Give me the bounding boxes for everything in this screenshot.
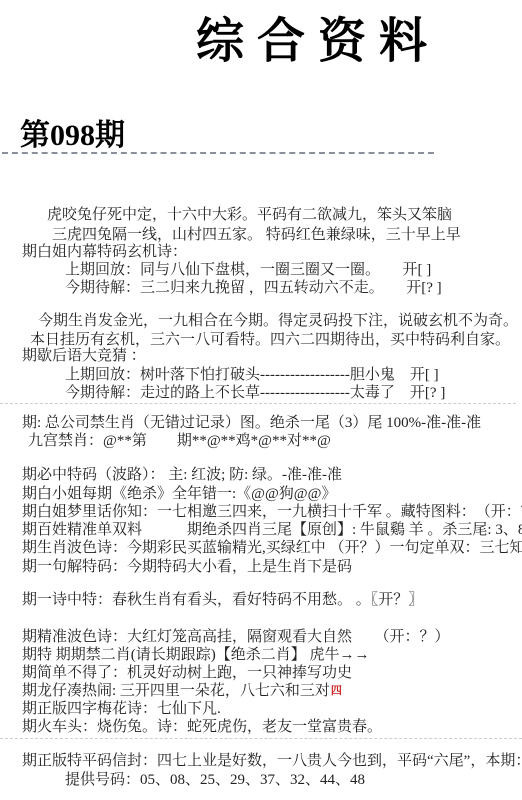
doc-line: 上期回放：树叶落下怕打破头------------------胆小鬼 开[ ]	[65, 366, 439, 385]
doc-line-text: 提供号码：05、08、25、29、37、32、44、48	[65, 772, 365, 788]
doc-line-text: 期一句解特码：今期特码大小看，上是生肖下是码	[22, 559, 352, 575]
doc-line: 期正版特平码信封：四七上业是好数，一八贵人今也到，平码“六尾”，本期：三。	[22, 752, 522, 771]
doc-line-text: 今期待解：走过的路上不长草------------------太毒了 开[? ]	[65, 385, 445, 401]
doc-line-text: 期简单不得了：机灵好动树上跑，一只神捧写功史	[22, 665, 352, 681]
doc-line: 今期待解：走过的路上不长草------------------太毒了 开[? ]	[65, 384, 445, 403]
doc-line: 期一句解特码：今期特码大小看，上是生肖下是码	[22, 558, 352, 577]
doc-line-text: 期火车头：烧伤兔。诗：蛇死虎伤，老友一堂富贵春。	[22, 719, 382, 735]
doc-line: 期特 期期禁二肖(请长期跟踪)【绝杀二肖】 虎牛→→	[22, 646, 370, 665]
doc-line-text: 期白小姐每期《绝杀》全年错一:《@@狗@@》	[22, 486, 336, 502]
doc-line: 期白小姐每期《绝杀》全年错一:《@@狗@@》	[22, 485, 336, 504]
red-annotation-mark: 四	[331, 685, 342, 697]
separator-top	[2, 152, 434, 154]
doc-line: 期龙仔凑热闹: 三开四里一朵花，八七六和三对四	[22, 682, 342, 701]
doc-line-text: 今期待解：三二归来九挽留 ，四五转动六不走。 开[? ]	[65, 280, 442, 296]
doc-line: 期生肖波色诗：今期彩民买蓝输精光,买绿红中 （开？）一句定单双：三七知春归《 开…	[22, 539, 522, 558]
doc-line-text: 期: 总公司禁生肖（无错过记录）图。绝杀一尾（3）尾 100%-准-准-准	[22, 415, 481, 431]
doc-line: 期白姐梦里话你知：一七相邀三四来，一九横扫十千军 。藏特图料： （开：？）	[22, 503, 522, 522]
doc-line-text: 期龙仔凑热闹: 三开四里一朵花，八七六和三对	[22, 683, 330, 699]
separator-middle	[0, 403, 516, 404]
doc-line-text: 期一诗中特：春秋生肖有看头，看好特码不用愁。 。〖开？〗	[22, 592, 423, 608]
doc-line-text: 期精准波色诗：大红灯笼高高挂，隔窗观看大自然 （开：？）	[22, 629, 450, 645]
issue-number: 第098期	[20, 110, 125, 154]
doc-line-text: 上期回放：同与八仙下盘棋，一圈三圈又一圈。 开[ ]	[65, 262, 431, 278]
doc-line: 九宫禁肖：@**第 期**@**鸡*@**对**@	[28, 432, 331, 451]
doc-line-text: 期正版四字梅花诗：七仙下凡.	[22, 701, 221, 717]
doc-line: 虎咬兔仔死中定，十六中大彩。平码有二欲减九，笨头又笨脑	[47, 206, 452, 225]
doc-line: 今期待解：三二归来九挽留 ，四五转动六不走。 开[? ]	[65, 279, 442, 298]
doc-line-text: 期正版特平码信封：四七上业是好数，一八贵人今也到，平码“六尾”，本期：三。	[22, 753, 522, 769]
doc-line-text: 三虎四兔隔一线，山村四五家。 特码红色兼绿味，三十早上早	[52, 227, 461, 243]
separator-bottom	[0, 738, 522, 739]
doc-line: 期歇后语大竞猜 ：	[22, 347, 146, 366]
doc-line: 期百姓精准单双料 期绝杀四肖三尾【原创】: 牛鼠鷄 羊 。杀三尾: 3、8、9。…	[22, 521, 522, 540]
doc-line: 期一诗中特：春秋生肖有看头，看好特码不用愁。 。〖开？〗	[22, 591, 423, 610]
doc-line-text: 期白姐内幕特码玄机诗：	[22, 244, 187, 260]
doc-line: 期: 总公司禁生肖（无错过记录）图。绝杀一尾（3）尾 100%-准-准-准	[22, 414, 481, 433]
doc-line-text: 期特 期期禁二肖(请长期跟踪)【绝杀二肖】 虎牛→→	[22, 647, 370, 663]
page-title: 综合资料	[196, 2, 440, 71]
doc-line: 期正版四字梅花诗：七仙下凡.	[22, 700, 221, 719]
doc-line-text: 九宫禁肖：@**第 期**@**鸡*@**对**@	[28, 433, 331, 449]
doc-line-text: 期歇后语大竞猜 ：	[22, 348, 146, 364]
doc-line-text: 今期生肖发金光，一九相合在今期。得定灵码投下注，说破玄机不为奇。	[38, 313, 518, 329]
doc-line: 提供号码：05、08、25、29、37、32、44、48	[65, 771, 365, 790]
doc-line-text: 期生肖波色诗：今期彩民买蓝输精光,买绿红中 （开？）一句定单双：三七知春归《 开…	[22, 540, 522, 556]
doc-line-text: 虎咬兔仔死中定，十六中大彩。平码有二欲减九，笨头又笨脑	[47, 207, 452, 223]
doc-line: 今期生肖发金光，一九相合在今期。得定灵码投下注，说破玄机不为奇。	[38, 312, 518, 331]
doc-line: 期火车头：烧伤兔。诗：蛇死虎伤，老友一堂富贵春。	[22, 718, 382, 737]
doc-line-text: 上期回放：树叶落下怕打破头------------------胆小鬼 开[ ]	[65, 367, 439, 383]
doc-line-text: 期百姓精准单双料 期绝杀四肖三尾【原创】: 牛鼠鷄 羊 。杀三尾: 3、8、9。…	[22, 522, 522, 538]
doc-line: 期必中特码（波路）： 主: 红波; 防: 绿。-准-准-准	[22, 466, 342, 485]
doc-line-text: 期白姐梦里话你知：一七相邀三四来，一九横扫十千军 。藏特图料： （开：？）	[22, 504, 522, 520]
doc-line: 期精准波色诗：大红灯笼高高挂，隔窗观看大自然 （开：？）	[22, 628, 450, 647]
document-page: 综合资料 第098期 虎咬兔仔死中定，十六中大彩。平码有二欲减九，笨头又笨脑三虎…	[0, 0, 522, 800]
doc-line: 期简单不得了：机灵好动树上跑，一只神捧写功史	[22, 664, 352, 683]
doc-line-text: 期必中特码（波路）： 主: 红波; 防: 绿。-准-准-准	[22, 467, 342, 483]
doc-line: 期白姐内幕特码玄机诗：	[22, 243, 187, 262]
doc-line: 上期回放：同与八仙下盘棋，一圈三圈又一圈。 开[ ]	[65, 261, 431, 280]
doc-line-text: 本日挂历有玄机，三六一八可看特。四六二四期待出，买中特码利自家。	[30, 332, 510, 348]
